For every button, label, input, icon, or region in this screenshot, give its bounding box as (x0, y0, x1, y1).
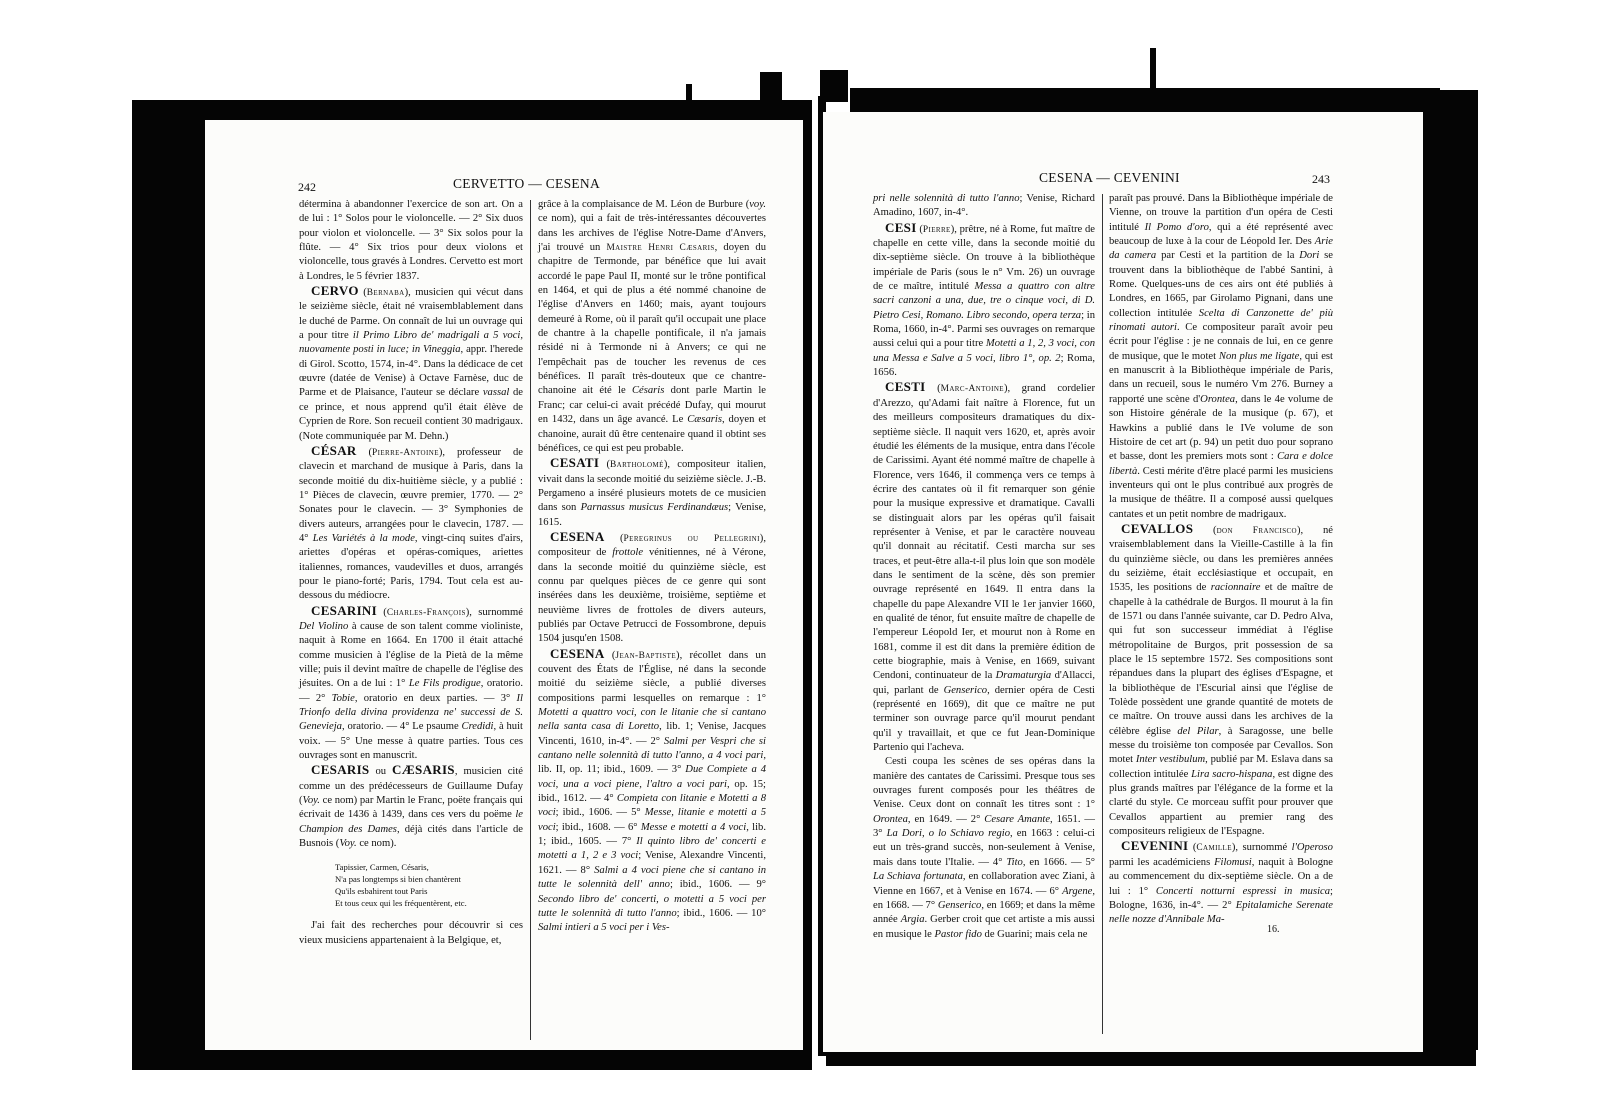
verse-line: Et tous ceux qui les fréquentèrent, etc. (335, 897, 523, 909)
entry-headword: CESATI (550, 455, 599, 470)
entry-headword: CESENA (550, 646, 605, 661)
dictionary-entry: CESENA (Jean-Baptiste), récollet dans un… (538, 647, 766, 936)
left-page: 242 CERVETTO — CESENA détermina à abando… (205, 120, 803, 1050)
dictionary-entry: CESENA (Peregrinus ou Pellegrini), compo… (538, 530, 766, 647)
dictionary-entry: CESTI (Marc-Antoine), grand cordelier d'… (873, 380, 1095, 755)
page-number: 242 (298, 180, 316, 195)
dictionary-entry: CERVO (Bernaba), musicien qui vécut dans… (299, 284, 523, 444)
verse-line: Tapissier, Carmen, Césaris, (335, 861, 523, 873)
scan-tab-mark-3 (820, 70, 848, 102)
text-column-2: paraît pas prouvé. Dans la Bibliothèque … (1109, 192, 1333, 928)
entry-headword: CÆSARIS (392, 762, 455, 777)
dictionary-entry: CESARINI (Charles-François), surnommé De… (299, 604, 523, 764)
entry-headword: CESI (885, 220, 917, 235)
scan-border-left-side (132, 110, 208, 1070)
column-rule (1102, 194, 1103, 1034)
text-column-1: pri nelle solennità di tutto l'anno; Ven… (873, 192, 1095, 942)
paragraph-continuation: grâce à la complaisance de M. Léon de Bu… (538, 198, 766, 456)
running-head: CERVETTO — CESENA (453, 176, 600, 192)
dictionary-entry: CESI (Pierre), prêtre, né à Rome, fut ma… (873, 221, 1095, 381)
running-head: CESENA — CEVENINI (1039, 170, 1180, 186)
entry-headword: CÉSAR (311, 443, 357, 458)
text-column-1: détermina à abandonner l'exercice de son… (299, 198, 523, 948)
scan-border-right-side (1420, 90, 1478, 1050)
paragraph-continuation: pri nelle solennità di tutto l'anno; Ven… (873, 192, 1095, 221)
text-column-2: grâce à la complaisance de M. Léon de Bu… (538, 198, 766, 936)
entry-headword: CESARINI (311, 603, 377, 618)
right-page: CESENA — CEVENINI 243 pri nelle solennit… (823, 112, 1423, 1052)
entry-headword: CESENA (550, 529, 605, 544)
dictionary-entry: CEVALLOS (don Francisco), né vraisemblab… (1109, 522, 1333, 840)
column-rule (530, 200, 531, 1040)
entry-headword: CESARIS (311, 762, 369, 777)
dictionary-entry: Cesti coupa les scènes de ses opéras dan… (873, 755, 1095, 941)
scan-border-right-top (850, 88, 1440, 114)
paragraph-continuation: détermina à abandonner l'exercice de son… (299, 198, 523, 284)
verse-line: Qu'ils esbahirent tout Paris (335, 885, 523, 897)
signature-mark: 16. (1267, 924, 1280, 935)
page-number: 243 (1312, 172, 1330, 187)
dictionary-entry: CÉSAR (Pierre-Antoine), professeur de cl… (299, 444, 523, 604)
dictionary-entry: J'ai fait des recherches pour découvrir … (299, 919, 523, 948)
dictionary-entry: CEVENINI (Camille), surnommé l'Operoso p… (1109, 839, 1333, 927)
verse-line: N'a pas longtemps si bien chantèrent (335, 873, 523, 885)
scan-tab-mark-2 (760, 72, 782, 104)
entry-headword: CEVALLOS (1121, 521, 1193, 536)
scan-border-left-bottom (132, 1048, 812, 1070)
scan-border-right-bottom (826, 1050, 1476, 1066)
dictionary-entry: CESATI (Bartholomé), compositeur italien… (538, 456, 766, 530)
verse-quote: Tapissier, Carmen, Césaris,N'a pas longt… (335, 861, 523, 909)
paragraph-continuation: paraît pas prouvé. Dans la Bibliothèque … (1109, 192, 1333, 522)
entry-headword: CESTI (885, 379, 926, 394)
entry-headword: CEVENINI (1121, 838, 1188, 853)
scan-tab-mark-4 (1150, 48, 1156, 92)
entry-headword: CERVO (311, 283, 359, 298)
dictionary-entry: CESARIS ou CÆSARIS, musicien cité comme … (299, 763, 523, 851)
scan-tab-mark-1 (686, 84, 692, 104)
